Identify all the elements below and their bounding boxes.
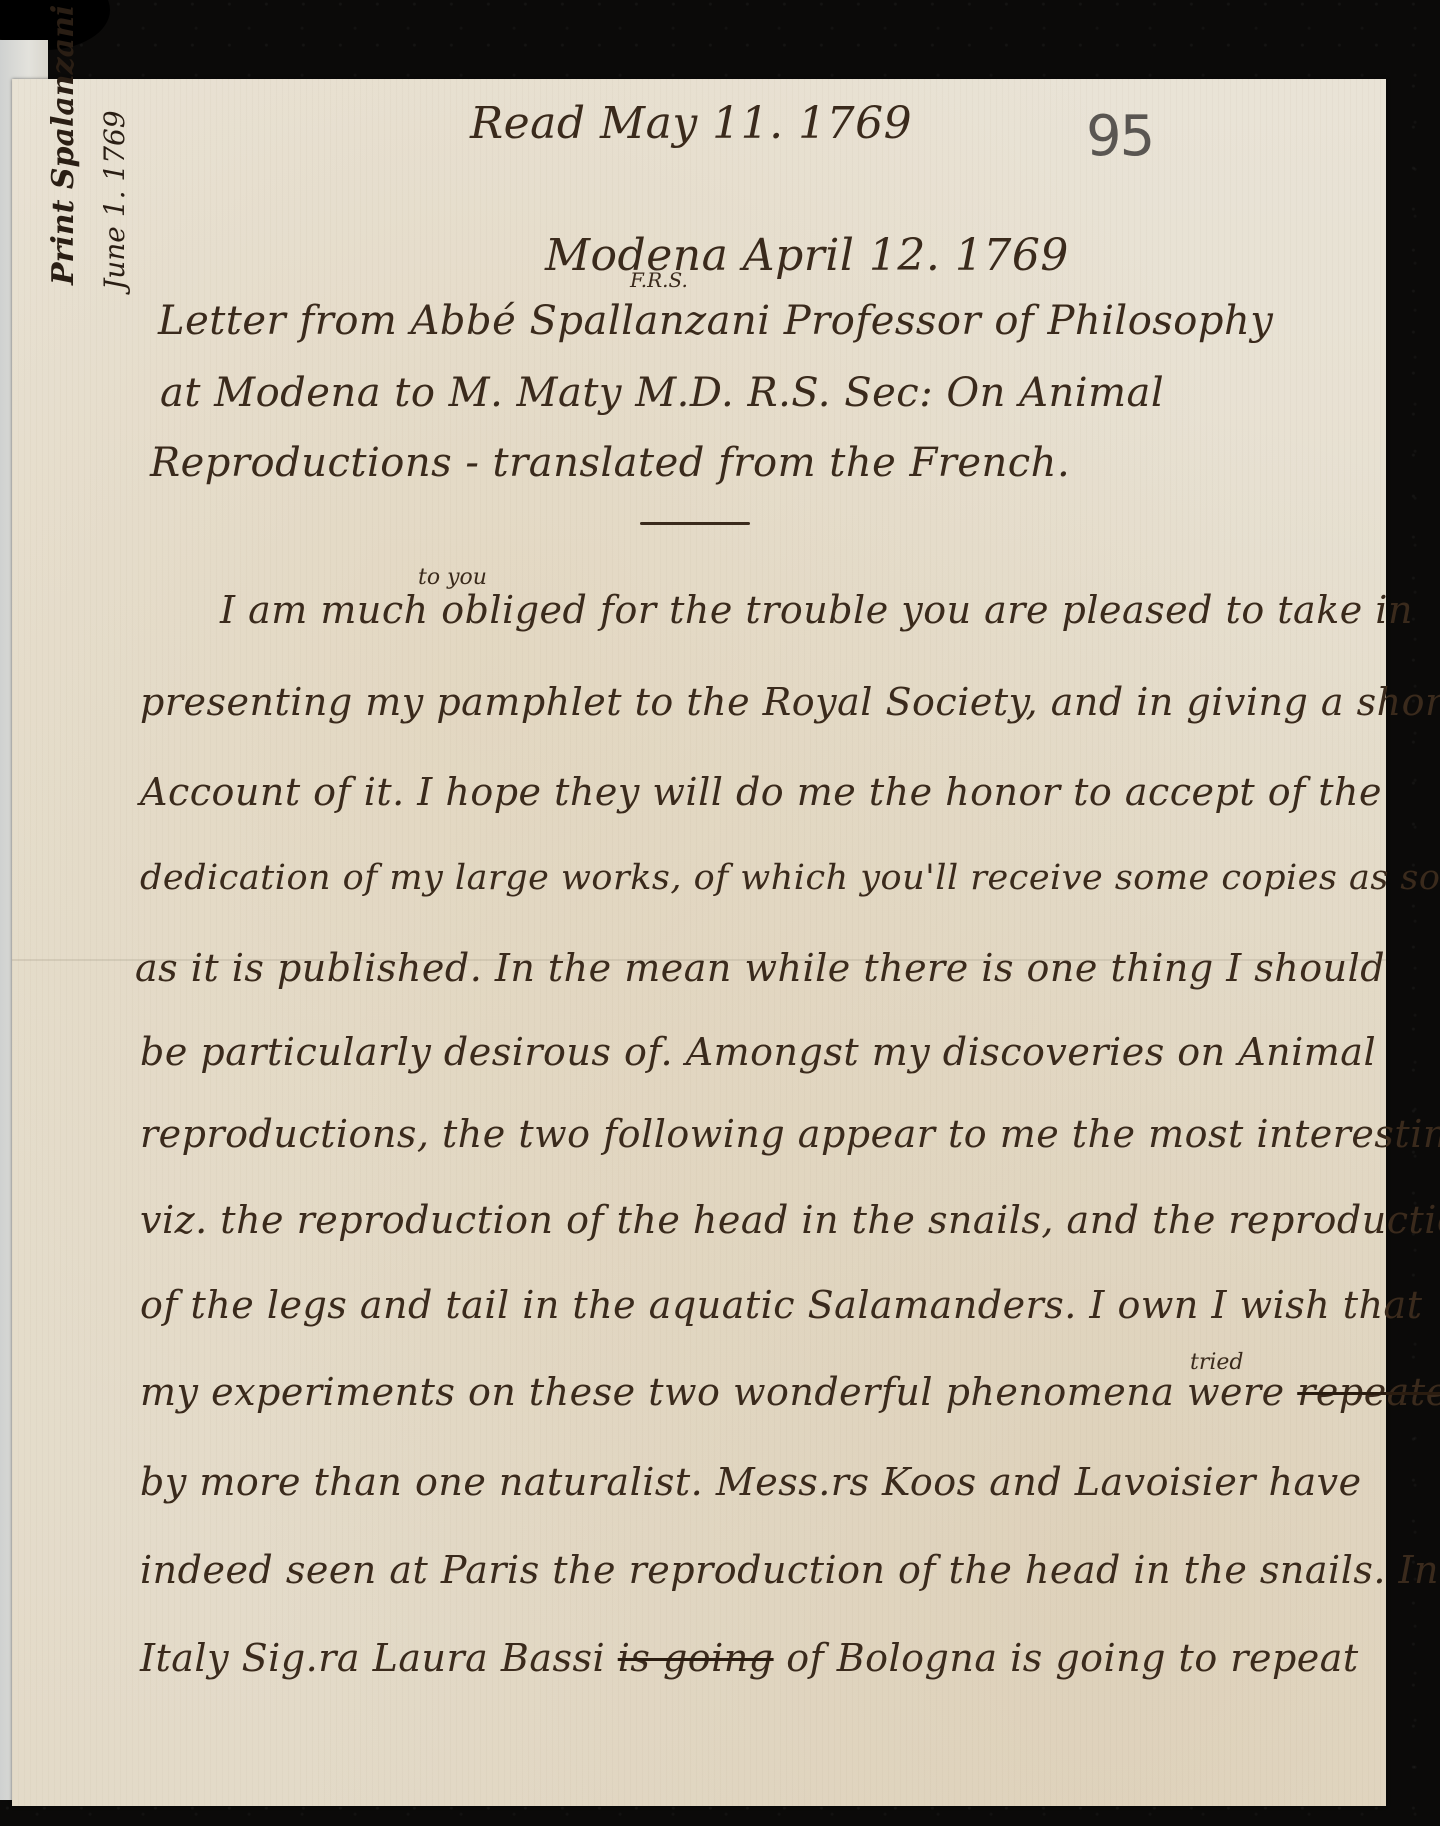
body-line-9: of the legs and tail in the aquatic Sala… [140,1283,1422,1327]
margin-annotation-print: Print Spalanzani [46,5,81,285]
folio-number: 95 [1086,104,1153,169]
body-line-11: by more than one naturalist. Mess.rs Koo… [140,1460,1362,1504]
body-line-10: my experiments on these two wonderful ph… [140,1370,1440,1414]
body-line-13-text: Italy Sig.ra Laura Bassi [140,1636,605,1680]
body-line-7: reproductions, the two following appear … [140,1112,1440,1156]
body-line-1: I am much obliged for the trouble you ar… [220,588,1413,632]
insert-to-you: to you [418,565,487,590]
body-line-12: indeed seen at Paris the reproduction of… [140,1548,1440,1592]
title-underline [640,522,750,525]
body-line-13: Italy Sig.ra Laura Bassi is going of Bol… [140,1636,1359,1680]
dateline: Modena April 12. 1769 [545,230,1069,281]
body-line-3: Account of it. I hope they will do me th… [140,770,1382,814]
struck-words-is-going: is going [618,1636,774,1680]
body-line-10-text: my experiments on these two wonderful ph… [140,1370,1285,1414]
title-line-2: at Modena to M. Maty M.D. R.S. Sec: On A… [160,370,1164,416]
body-line-6: be particularly desirous of. Amongst my … [140,1030,1376,1074]
body-line-8: viz. the reproduction of the head in the… [140,1198,1440,1242]
title-line-3: Reproductions - translated from the Fren… [150,440,1070,486]
read-date: Read May 11. 1769 [470,98,912,149]
margin-annotation-date: June 1. 1769 [98,110,131,290]
struck-word-repeated: repeated [1297,1370,1440,1414]
body-line-2: presenting my pamphlet to the Royal Soci… [140,680,1440,724]
title-insert-frs: F.R.S. [630,268,688,292]
title-line-1: Letter from Abbé Spallanzani Professor o… [158,298,1273,344]
body-line-4: dedication of my large works, of which y… [140,858,1440,898]
body-line-5: as it is published. In the mean while th… [135,946,1385,990]
body-line-13-rest: of Bologna is going to repeat [786,1636,1358,1680]
